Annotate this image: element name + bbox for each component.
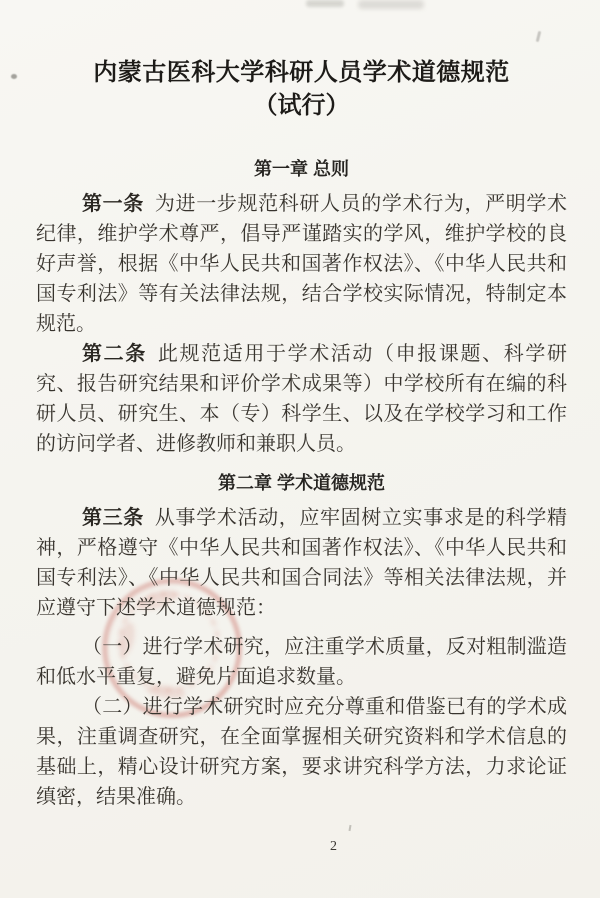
- article-3-label: 第三条: [82, 507, 144, 529]
- scan-speck: [11, 74, 17, 79]
- article-1-paragraph: 第一条为进一步规范科研人员的学术行为，严明学术纪律，维护学术尊严，倡导严谨踏实的…: [36, 189, 567, 339]
- scan-tick-mark: [536, 31, 542, 42]
- article-1-label: 第一条: [82, 193, 144, 215]
- article-2-paragraph: 第二条此规范适用于学术活动（申报课题、科学研究、报告研究结果和评价学术成果等）中…: [36, 339, 567, 459]
- chapter-1-heading: 第一章 总则: [36, 156, 567, 182]
- chapter-2-heading: 第二章 学术道德规范: [36, 470, 567, 496]
- article-2-label: 第二条: [82, 343, 147, 365]
- document-body: 内蒙古医科大学科研人员学术道德规范 （试行） 第一章 总则 第一条为进一步规范科…: [36, 56, 567, 812]
- item-1-paragraph: （一）进行学术研究，应注重学术质量，反对粗制滥造和低水平重复，避免片面追求数量。: [36, 632, 567, 692]
- scanned-document-page: 内蒙古医科大学科研人员学术道德规范 （试行） 第一章 总则 第一条为进一步规范科…: [0, 0, 600, 898]
- document-subtitle: （试行）: [36, 90, 567, 123]
- scan-smudge-top-left: [306, 0, 344, 7]
- chapter-2-content: 第三条从事学术活动，应牢固树立实事求是的科学精神，严格遵守《中华人民共和国著作权…: [36, 503, 567, 812]
- page-number: 2: [330, 839, 337, 855]
- scan-speck-bottom: [348, 825, 351, 831]
- item-2-paragraph: （二）进行学术研究时应充分尊重和借鉴已有的学术成果，注重调查研究，在全面掌握相关…: [36, 692, 567, 812]
- chapter-1-content: 第一条为进一步规范科研人员的学术行为，严明学术纪律，维护学术尊严，倡导严谨踏实的…: [36, 189, 567, 459]
- document-title: 内蒙古医科大学科研人员学术道德规范: [36, 56, 567, 90]
- scan-smudge-top-right: [358, 0, 424, 9]
- article-3-paragraph: 第三条从事学术活动，应牢固树立实事求是的科学精神，严格遵守《中华人民共和国著作权…: [36, 503, 567, 623]
